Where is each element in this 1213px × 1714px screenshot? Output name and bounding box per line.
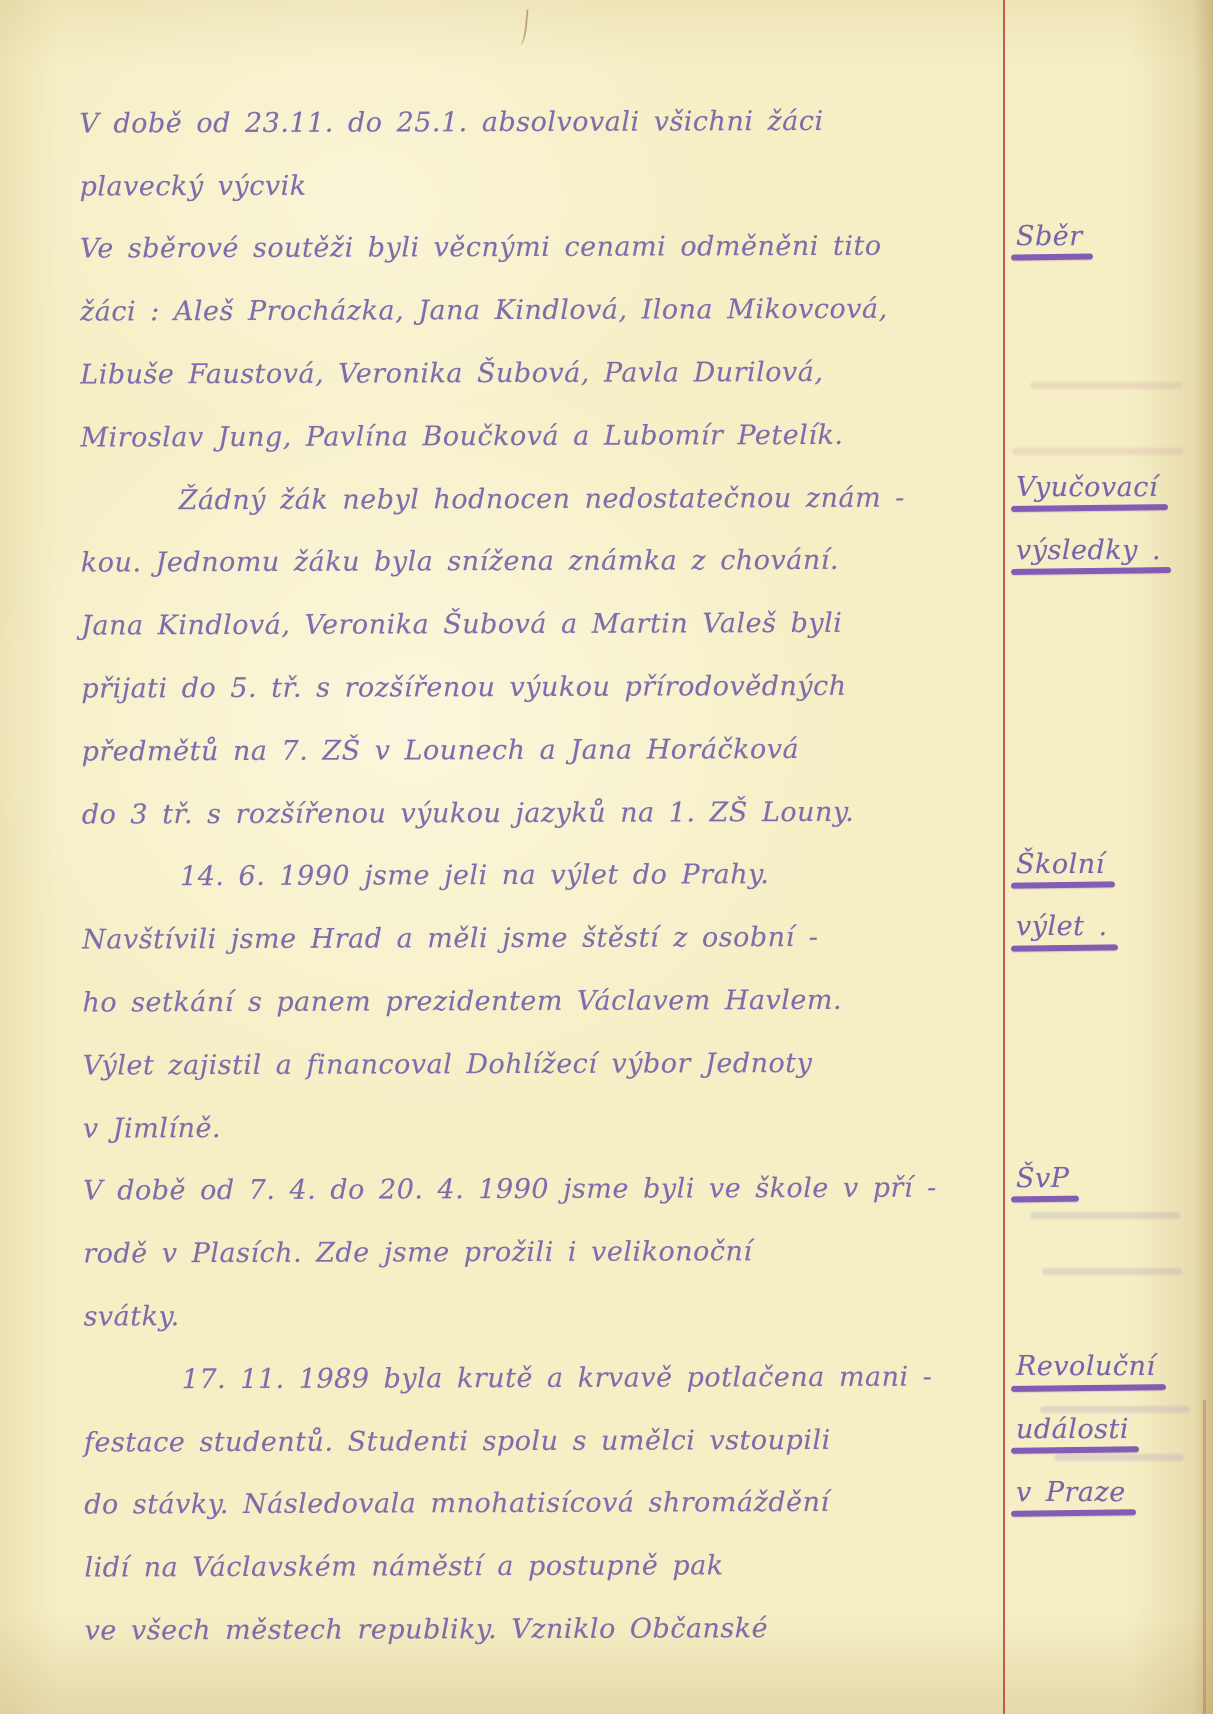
handwritten-line-text: v Jimlíně. xyxy=(83,1113,221,1144)
handwritten-line: předmětů na 7. ZŠ v Lounech a Jana Horáč… xyxy=(81,717,941,783)
handwritten-line: žáci : Aleš Procházka, Jana Kindlová, Il… xyxy=(80,278,940,344)
chronicle-page: V době od 23.11. do 25.1. absolvovali vš… xyxy=(0,0,1213,1714)
handwritten-line-text: Žádný žák nebyl hodnocen nedostatečnou z… xyxy=(179,482,905,516)
handwritten-line-text: Libuše Faustová, Veronika Šubová, Pavla … xyxy=(80,357,823,391)
margin-note: Vyučovací xyxy=(1016,472,1158,503)
handwritten-line: Jana Kindlová, Veronika Šubová a Martin … xyxy=(81,592,941,658)
handwritten-line-text: Jana Kindlová, Veronika Šubová a Martin … xyxy=(81,608,842,642)
ink-offset-smudge xyxy=(1030,1212,1180,1219)
page-edge-line xyxy=(1203,1400,1206,1714)
margin-note-text: Sběr xyxy=(1016,221,1083,252)
handwritten-line-text: Miroslav Jung, Pavlína Boučková a Lubomí… xyxy=(80,420,843,454)
ink-offset-smudge xyxy=(1054,1454,1184,1461)
handwritten-line: Miroslav Jung, Pavlína Boučková a Lubomí… xyxy=(80,403,940,469)
handwritten-line-text: lidí na Václavském náměstí a postupně pa… xyxy=(84,1550,723,1583)
handwritten-line-text: Výlet zajistil a financoval Dohlížecí vý… xyxy=(83,1048,813,1082)
handwritten-line-text: Ve sběrové soutěži byli věcnými cenami o… xyxy=(80,231,882,265)
margin-note-text: Školní xyxy=(1016,849,1105,880)
margin-note: ŠvP xyxy=(1016,1163,1069,1194)
handwritten-line: ve všech městech republiky. Vzniklo Obča… xyxy=(85,1597,945,1663)
handwritten-line-text: rodě v Plasích. Zde jsme prožili i velik… xyxy=(83,1236,752,1269)
ink-offset-smudge xyxy=(1042,1268,1182,1275)
handwritten-line-text: žáci : Aleš Procházka, Jana Kindlová, Il… xyxy=(80,294,888,328)
handwritten-line: plavecký výcvik xyxy=(79,152,939,218)
handwritten-line: v Jimlíně. xyxy=(83,1094,943,1160)
handwritten-line: rodě v Plasích. Zde jsme prožili i velik… xyxy=(83,1220,943,1286)
handwritten-line: přijati do 5. tř. s rozšířenou výukou př… xyxy=(81,655,941,721)
handwritten-line: 14. 6. 1990 jsme jeli na výlet do Prahy. xyxy=(82,843,942,909)
handwritten-line: Žádný žák nebyl hodnocen nedostatečnou z… xyxy=(81,466,941,532)
margin-note: události xyxy=(1016,1414,1129,1445)
handwritten-line-text: do 3 tř. s rozšířenou výukou jazyků na 1… xyxy=(82,796,854,830)
handwritten-line-text: plavecký výcvik xyxy=(80,170,307,202)
handwritten-line: V době od 23.11. do 25.1. absolvovali vš… xyxy=(79,90,939,156)
margin-note: Revoluční xyxy=(1016,1351,1156,1382)
margin-note: v Praze xyxy=(1016,1477,1126,1508)
handwritten-line-text: 14. 6. 1990 jsme jeli na výlet do Prahy. xyxy=(180,860,769,893)
handwritten-line: lidí na Václavském náměstí a postupně pa… xyxy=(84,1534,944,1600)
handwritten-line-text: ve všech městech republiky. Vzniklo Obča… xyxy=(85,1613,769,1646)
handwritten-line: V době od 7. 4. do 20. 4. 1990 jsme byli… xyxy=(83,1157,943,1223)
handwritten-line: ho setkání s panem prezidentem Václavem … xyxy=(82,969,942,1035)
margin-note: Sběr xyxy=(1016,221,1083,252)
margin-note: Školní xyxy=(1016,849,1105,880)
handwritten-line: Výlet zajistil a financoval Dohlížecí vý… xyxy=(83,1031,943,1097)
handwritten-line: 17. 11. 1989 byla krutě a krvavě potlače… xyxy=(84,1345,944,1411)
handwritten-line-text: festace studentů. Studenti spolu s umělc… xyxy=(84,1425,831,1459)
handwritten-line: Navštívili jsme Hrad a měli jsme štěstí … xyxy=(82,906,942,972)
margin-note: výsledky . xyxy=(1016,535,1161,566)
handwritten-line: Ve sběrové soutěži byli věcnými cenami o… xyxy=(80,215,940,281)
margin-note-text: výlet . xyxy=(1016,911,1108,942)
handwritten-line-text: do stávky. Následovala mnohatisícová shr… xyxy=(84,1487,830,1521)
handwritten-line-text: Navštívili jsme Hrad a měli jsme štěstí … xyxy=(82,922,818,956)
handwritten-line: Libuše Faustová, Veronika Šubová, Pavla … xyxy=(80,341,940,407)
red-margin-rule-line xyxy=(1003,0,1005,1714)
handwritten-line-text: V době od 23.11. do 25.1. absolvovali vš… xyxy=(79,106,823,140)
margin-note-text: ŠvP xyxy=(1016,1163,1069,1194)
handwritten-line: kou. Jednomu žáku byla snížena známka z … xyxy=(81,529,941,595)
handwritten-line-text: 17. 11. 1989 byla krutě a krvavě potlače… xyxy=(182,1361,933,1395)
handwritten-line-text: V době od 7. 4. do 20. 4. 1990 jsme byli… xyxy=(83,1173,937,1207)
handwritten-body: V době od 23.11. do 25.1. absolvovali vš… xyxy=(79,90,944,1663)
margin-note-text: Revoluční xyxy=(1016,1351,1156,1382)
handwritten-line: svátky. xyxy=(83,1283,943,1349)
handwritten-line-text: předmětů na 7. ZŠ v Lounech a Jana Horáč… xyxy=(82,734,800,768)
handwritten-line-text: ho setkání s panem prezidentem Václavem … xyxy=(82,985,842,1019)
margin-note-text: Vyučovací xyxy=(1016,472,1158,503)
ink-speck xyxy=(516,9,528,46)
handwritten-line: do 3 tř. s rozšířenou výukou jazyků na 1… xyxy=(82,780,942,846)
handwritten-line-text: přijati do 5. tř. s rozšířenou výukou př… xyxy=(81,671,846,705)
ink-offset-smudge xyxy=(1030,382,1182,389)
margin-note-text: v Praze xyxy=(1016,1477,1126,1508)
margin-note-text: výsledky . xyxy=(1016,535,1161,566)
handwritten-line: festace studentů. Studenti spolu s umělc… xyxy=(84,1408,944,1474)
ink-offset-smudge xyxy=(1012,448,1184,455)
ink-offset-smudge xyxy=(1040,1406,1190,1413)
handwritten-line-text: kou. Jednomu žáku byla snížena známka z … xyxy=(81,545,839,579)
margin-note: výlet . xyxy=(1016,911,1108,942)
handwritten-line-text: svátky. xyxy=(83,1301,179,1332)
handwritten-line: do stávky. Následovala mnohatisícová shr… xyxy=(84,1471,944,1537)
margin-note-text: události xyxy=(1016,1414,1129,1445)
